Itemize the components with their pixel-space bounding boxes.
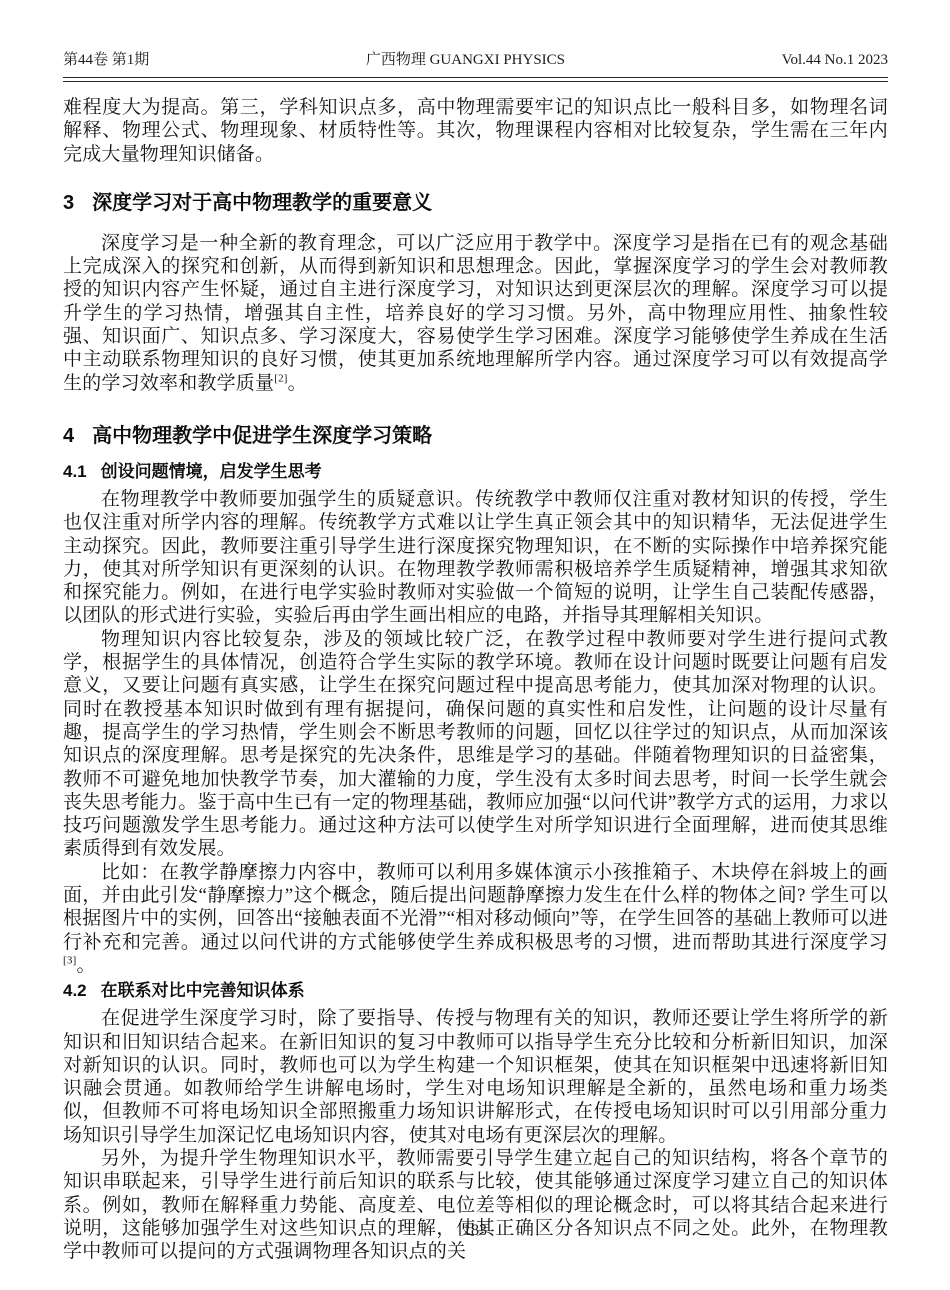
subsection-number: 4.2: [63, 981, 87, 1000]
article-body: 难程度大为提高。第三，学科知识点多，高中物理需要牢记的知识点比一般科目多，如物理…: [63, 96, 888, 1263]
section-number: 4: [63, 425, 74, 447]
subsection-4-2-paragraph-1: 在促进学生深度学习时，除了要指导、传授与物理有关的知识，教师还要让学生将所学的新…: [63, 1007, 888, 1147]
subsection-4-2-heading: 4.2在联系对比中完善知识体系: [63, 980, 888, 1002]
section-3-heading: 3深度学习对于高中物理教学的重要意义: [63, 191, 888, 215]
subsection-title: 创设问题情境，启发学生思考: [101, 462, 322, 481]
paragraph-text: 物理知识内容比较复杂，涉及的领域比较广泛，在教学过程中教师要对学生进行提问式教学…: [63, 629, 888, 860]
section-3-paragraph: 深度学习是一种全新的教育理念，可以广泛应用于教学中。深度学习是指在已有的观念基础…: [63, 232, 888, 395]
subsection-4-1-heading: 4.1创设问题情境，启发学生思考: [63, 461, 888, 483]
page-footer: 183: [0, 1222, 950, 1240]
running-head: 第44卷 第1期 广西物理 GUANGXI PHYSICS Vol.44 No.…: [63, 50, 888, 70]
subsection-title: 在联系对比中完善知识体系: [101, 981, 305, 1000]
section-title: 深度学习对于高中物理教学的重要意义: [92, 192, 432, 214]
reference-marker-3: [3]: [63, 955, 76, 967]
paragraph-text-tail: 。: [288, 373, 307, 394]
section-4-heading: 4高中物理教学中促进学生深度学习策略: [63, 424, 888, 448]
paragraph-text: 难程度大为提高。第三，学科知识点多，高中物理需要牢记的知识点比一般科目多，如物理…: [63, 97, 888, 165]
paragraph-text: 在促进学生深度学习时，除了要指导、传授与物理有关的知识，教师还要让学生将所学的新…: [63, 1008, 888, 1145]
paragraph-text: 在物理教学中教师要加强学生的质疑意识。传统教学中教师仅注重对教材知识的传授，学生…: [63, 489, 888, 626]
reference-marker-2: [2]: [274, 372, 287, 384]
continuation-paragraph: 难程度大为提高。第三，学科知识点多，高中物理需要牢记的知识点比一般科目多，如物理…: [63, 96, 888, 166]
header-volume-issue: 第44卷 第1期: [63, 50, 149, 70]
section-number: 3: [63, 192, 74, 214]
section-title: 高中物理教学中促进学生深度学习策略: [92, 425, 432, 447]
paragraph-text: 另外，为提升学生物理知识水平，教师需要引导学生建立起自己的知识结构，将各个章节的…: [63, 1148, 888, 1262]
paragraph-text: 深度学习是一种全新的教育理念，可以广泛应用于教学中。深度学习是指在已有的观念基础…: [63, 233, 888, 394]
paragraph-text-tail: 。: [76, 955, 95, 976]
subsection-4-1-paragraph-1: 在物理教学中教师要加强学生的质疑意识。传统教学中教师仅注重对教材知识的传授，学生…: [63, 488, 888, 628]
subsection-4-1-paragraph-3: 比如：在教学静摩擦力内容中，教师可以利用多媒体演示小孩推箱子、木块停在斜坡上的画…: [63, 861, 888, 977]
journal-page: 第44卷 第1期 广西物理 GUANGXI PHYSICS Vol.44 No.…: [0, 0, 950, 1290]
header-journal-title: 广西物理 GUANGXI PHYSICS: [366, 50, 565, 70]
subsection-4-2-paragraph-2: 另外，为提升学生物理知识水平，教师需要引导学生建立起自己的知识结构，将各个章节的…: [63, 1147, 888, 1263]
page-number: 183: [463, 1222, 487, 1239]
subsection-number: 4.1: [63, 462, 87, 481]
paragraph-text: 比如：在教学静摩擦力内容中，教师可以利用多媒体演示小孩推箱子、木块停在斜坡上的画…: [63, 862, 888, 953]
header-double-rule: [63, 77, 888, 82]
header-vol-no-year: Vol.44 No.1 2023: [782, 50, 888, 70]
subsection-4-1-paragraph-2: 物理知识内容比较复杂，涉及的领域比较广泛，在教学过程中教师要对学生进行提问式教学…: [63, 628, 888, 861]
